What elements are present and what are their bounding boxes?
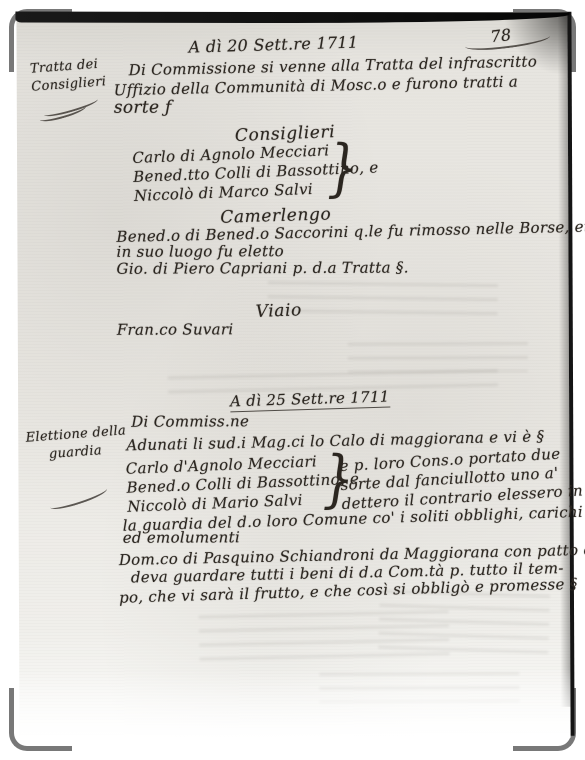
- entry1-names-brace: }: [327, 139, 359, 198]
- bleed-through-ghost: [267, 281, 498, 324]
- bleed-through-ghost: [168, 369, 498, 398]
- entry1-opening-line3: sorte ƒ: [114, 100, 172, 117]
- bleed-through-ghost: [199, 610, 450, 665]
- bleed-through-ghost: [319, 672, 519, 703]
- entry1-camerlengo-line1: Bened.o di Bened.o Saccorini q.le fu rim…: [116, 220, 585, 245]
- bleed-through-ghost: [348, 342, 528, 373]
- entry1-margin-note: Tratta dei Consiglieri: [29, 55, 106, 96]
- scan-viewer: 78 A dì 20 Sett.re 1711 Tratta dei Consi…: [0, 0, 585, 760]
- entry1-camerlengo-line3: Gio. di Piero Capriani p. d.a Tratta §.: [117, 261, 409, 277]
- entry2-margin-flourish: [48, 483, 109, 513]
- entry2-margin-note: Elettione della guardia: [25, 422, 128, 465]
- entry1-date-heading: A dì 20 Sett.re 1711: [188, 35, 358, 56]
- manuscript-page: 78 A dì 20 Sett.re 1711 Tratta dei Consi…: [16, 12, 574, 738]
- entry1-camerlengo-line2: in suo luogo fu eletto: [116, 244, 284, 260]
- entry2-commission-line: Di Commiss.ne: [131, 414, 249, 430]
- entry1-viaio-line: Fran.co Suvari: [117, 322, 234, 338]
- entry2-cont-line2: ed emolumenti: [123, 530, 240, 546]
- page-scan-edge-right: [557, 12, 570, 707]
